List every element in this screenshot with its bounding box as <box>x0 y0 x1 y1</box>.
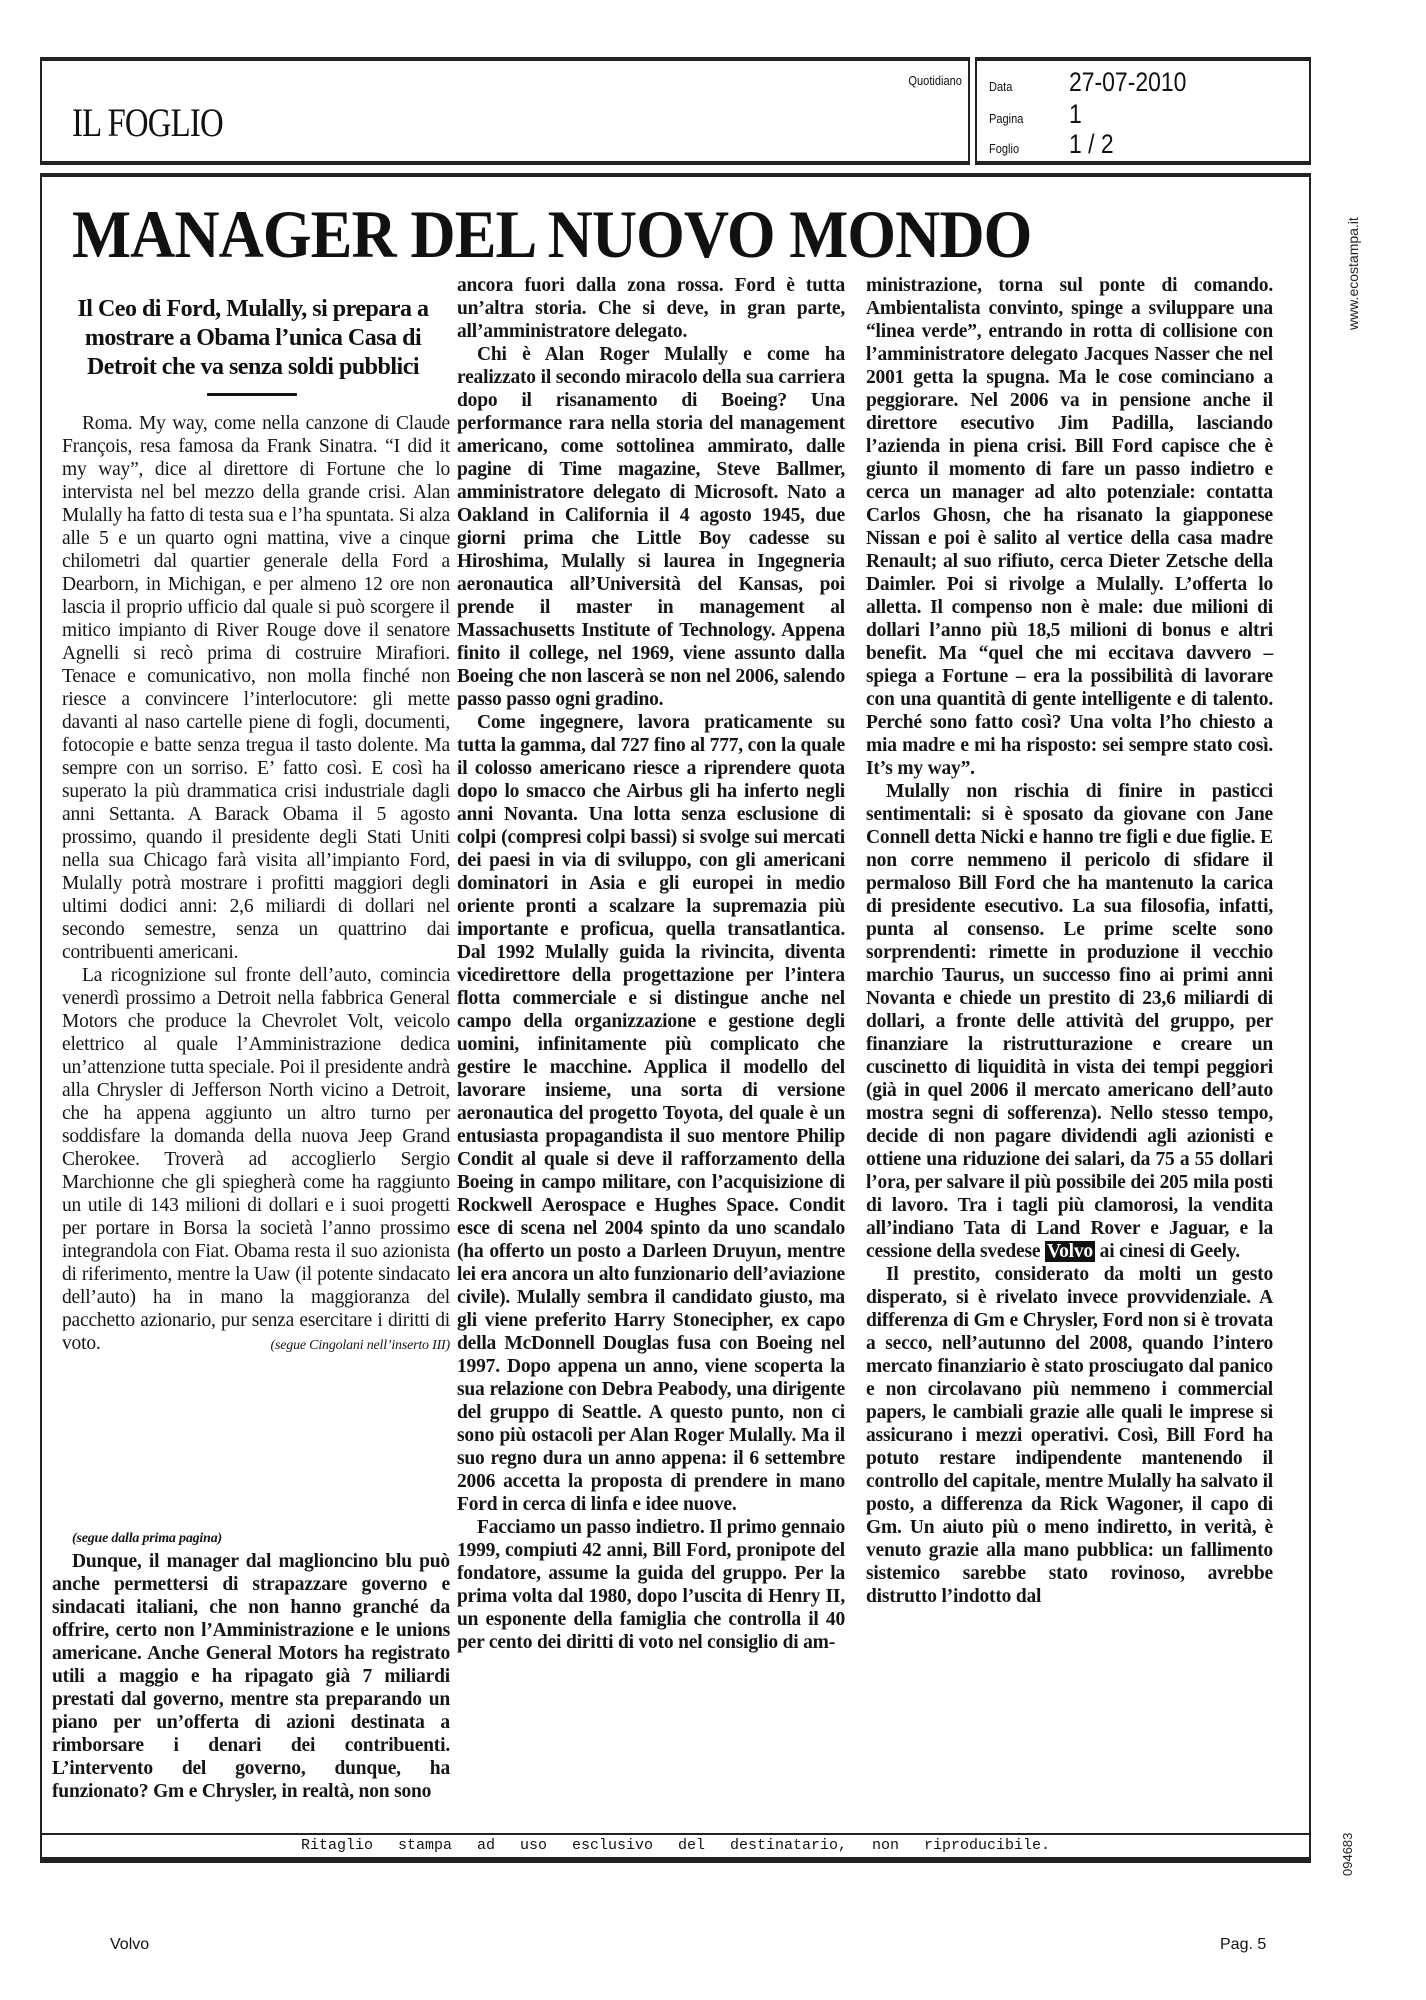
page-number: Pag. 5 <box>1220 1936 1266 1954</box>
paragraph: La ricognizione sul fronte dell’auto, co… <box>62 964 450 1355</box>
publication-frequency: Quotidiano <box>909 73 962 88</box>
newspaper-masthead: IL FOGLIO <box>72 99 223 146</box>
paragraph: Il prestito, considerato da molti un ges… <box>866 1263 1273 1608</box>
article-clipping: MANAGER DEL NUOVO MONDO Il Ceo di Ford, … <box>40 173 1311 1863</box>
paragraph: Mulally non rischia di finire in pasticc… <box>866 780 1273 1263</box>
paragraph-text: ai cinesi di Geely. <box>1100 1241 1240 1262</box>
paragraph: Facciamo un passo indietro. Il primo gen… <box>457 1516 845 1654</box>
footer-keyword: Volvo <box>110 1936 149 1954</box>
meta-value: 1 / 2 <box>1069 129 1114 160</box>
article-column-1: Roma. My way, come nella canzone di Clau… <box>62 412 450 1357</box>
source-url: www.ecostampa.it <box>1345 190 1365 330</box>
article-headline: MANAGER DEL NUOVO MONDO <box>72 195 1031 274</box>
paragraph-text: La ricognizione sul fronte dell’auto, co… <box>62 965 450 1354</box>
clipping-code: 094683 <box>1340 1826 1360 1876</box>
paragraph-text: Mulally non rischia di finire in pasticc… <box>866 781 1273 1262</box>
paragraph: Roma. My way, come nella canzone di Clau… <box>62 412 450 964</box>
highlighted-keyword: Volvo <box>1045 1241 1095 1262</box>
meta-label: Foglio <box>989 141 1057 156</box>
paragraph: ministrazione, torna sul ponte di comand… <box>866 274 1273 780</box>
continued-from-note: (segue dalla prima pagina) <box>52 1527 450 1550</box>
divider <box>207 393 297 396</box>
meta-label: Data <box>989 79 1057 94</box>
meta-page: Pagina 1 <box>989 99 1084 130</box>
article-column-2: ancora fuori dalla zona rossa. Ford è tu… <box>457 274 845 1654</box>
meta-sheet: Foglio 1 / 2 <box>989 129 1122 160</box>
metadata-box: Data 27-07-2010 Pagina 1 Foglio 1 / 2 <box>975 57 1311 165</box>
masthead-box: IL FOGLIO Quotidiano <box>40 57 970 165</box>
paragraph: Come ingegnere, lavora praticamente su t… <box>457 711 845 1516</box>
paragraph: ancora fuori dalla zona rossa. Ford è tu… <box>457 274 845 343</box>
article-column-3: ministrazione, torna sul ponte di comand… <box>866 274 1273 1608</box>
meta-value: 27-07-2010 <box>1069 67 1186 98</box>
article-continuation: (segue dalla prima pagina) Dunque, il ma… <box>52 1527 450 1803</box>
meta-label: Pagina <box>989 111 1057 126</box>
continuation-note: (segue Cingolani nell’inserto III) <box>251 1334 450 1357</box>
paragraph: Dunque, il manager dal maglioncino blu p… <box>52 1550 450 1803</box>
meta-value: 1 <box>1069 99 1082 130</box>
paragraph: Chi è Alan Roger Mulally e come ha reali… <box>457 343 845 711</box>
meta-date: Data 27-07-2010 <box>989 67 1207 98</box>
article-subheadline: Il Ceo di Ford, Mulally, si prepara a mo… <box>64 295 442 382</box>
clipping-disclaimer: Ritaglio stampa ad uso esclusivo del des… <box>42 1833 1309 1861</box>
